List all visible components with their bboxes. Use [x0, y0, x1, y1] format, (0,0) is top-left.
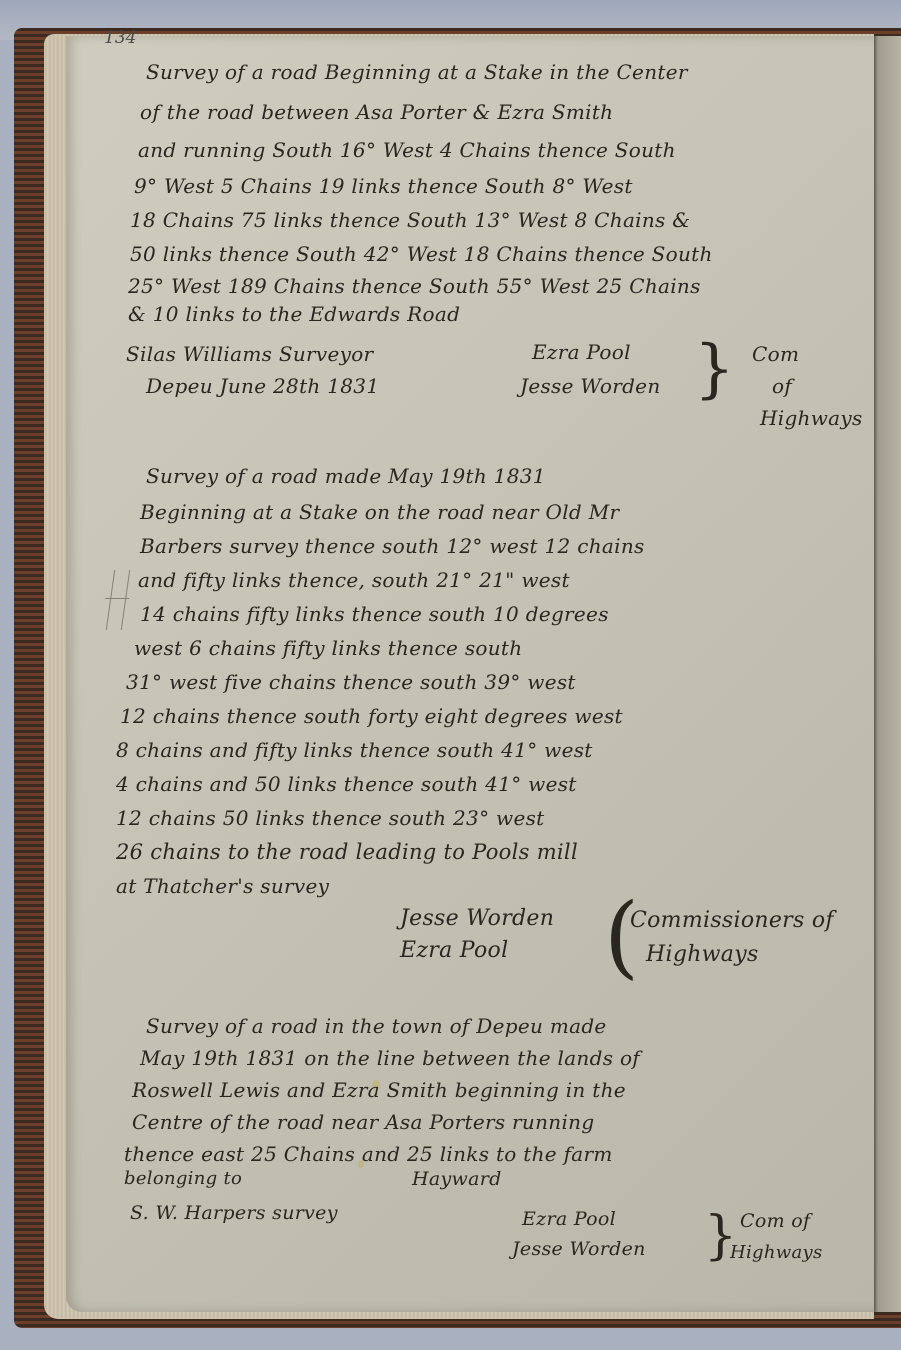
- signature: Ezra Pool: [522, 1210, 616, 1229]
- signature: Ezra Pool: [532, 342, 631, 362]
- entry-line: and fifty links thence, south 21° 21" we…: [138, 570, 570, 590]
- brace-glyph: (: [604, 884, 639, 989]
- entry-line: of the road between Asa Porter & Ezra Sm…: [140, 102, 613, 122]
- entry-line: 8 chains and fifty links thence south 41…: [116, 740, 593, 760]
- title-block: Com: [752, 344, 799, 364]
- entry-line: Survey of a road Beginning at a Stake in…: [146, 62, 688, 82]
- insertion-name: Hayward: [412, 1170, 502, 1189]
- entry-line: Beginning at a Stake on the road near Ol…: [140, 502, 619, 522]
- entry-line: at Thatcher's survey: [116, 876, 329, 896]
- entry-line: May 19th 1831 on the line between the la…: [140, 1048, 640, 1068]
- facing-page-edge: [874, 36, 901, 1312]
- entry-line: Barbers survey thence south 12° west 12 …: [140, 536, 645, 556]
- entry-line: 4 chains and 50 links thence south 41° w…: [116, 774, 577, 794]
- entry-line: 14 chains fifty links thence south 10 de…: [140, 604, 609, 624]
- entry-line: thence east 25 Chains and 25 links to th…: [124, 1144, 613, 1164]
- entry-line: Survey of a road made May 19th 1831: [146, 466, 546, 486]
- title-block: Highways: [730, 1244, 823, 1262]
- entry-line: belonging to: [124, 1170, 242, 1188]
- title-block: of: [772, 376, 792, 396]
- title-block: Com of: [740, 1212, 810, 1231]
- entry-line: 26 chains to the road leading to Pools m…: [116, 842, 578, 863]
- entry-line: 18 Chains 75 links thence South 13° West…: [130, 210, 690, 230]
- entry-line: Survey of a road in the town of Depeu ma…: [146, 1016, 607, 1036]
- note-line: S. W. Harpers survey: [130, 1204, 338, 1223]
- page-number: 134: [104, 28, 136, 48]
- entry-line: 9° West 5 Chains 19 links thence South 8…: [134, 176, 633, 196]
- title-block: Highways: [760, 408, 863, 428]
- signature: Jesse Worden: [512, 1240, 646, 1259]
- entry-line: 50 links thence South 42° West 18 Chains…: [130, 244, 713, 264]
- entry-line: 31° west five chains thence south 39° we…: [126, 672, 576, 692]
- entry-line: 25° West 189 Chains thence South 55° Wes…: [128, 276, 701, 296]
- entry-line: & 10 links to the Edwards Road: [128, 304, 460, 324]
- entry-line: 12 chains 50 links thence south 23° west: [116, 808, 544, 828]
- signature: Jesse Worden: [400, 908, 554, 930]
- surveyor-name: Silas Williams Surveyor: [126, 344, 373, 364]
- place-date: Depeu June 28th 1831: [146, 376, 379, 396]
- title-block: Commissioners of: [630, 910, 834, 932]
- title-block: Highways: [646, 944, 759, 966]
- entry-line: and running South 16° West 4 Chains then…: [138, 140, 676, 160]
- entry-line: Centre of the road near Asa Porters runn…: [132, 1112, 594, 1132]
- brace-glyph: }: [694, 332, 735, 406]
- entry-line: Roswell Lewis and Ezra Smith beginning i…: [132, 1080, 626, 1100]
- entry-line: west 6 chains fifty links thence south: [134, 638, 522, 658]
- signature: Jesse Worden: [520, 376, 661, 396]
- signature: Ezra Pool: [400, 940, 508, 962]
- entry-line: 12 chains thence south forty eight degre…: [120, 706, 623, 726]
